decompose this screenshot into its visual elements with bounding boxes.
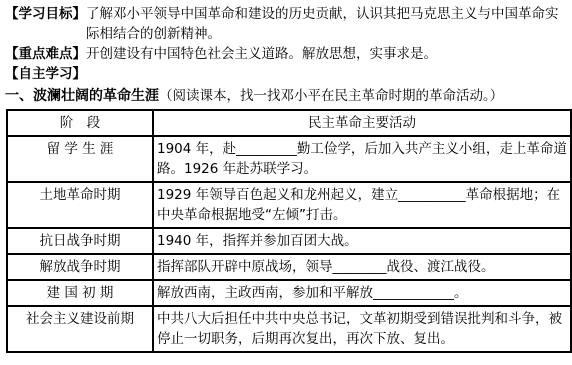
activity-column-header: 民主革命主要活动 (153, 110, 571, 136)
table-row: 建 国 初 期 解放西南，主政西南，参加和平解放____________。 (7, 280, 571, 306)
table-row: 社会主义建设前期 中共八大后担任中共中央总书记，文革初期受到错误批判和斗争，被停… (7, 306, 571, 352)
table-row: 土地革命时期 1929 年领导百色起义和龙州起义，建立__________革命根… (7, 182, 571, 228)
stage-cell: 抗日战争时期 (7, 228, 153, 254)
self-study-line: 【自主学习】 (5, 64, 570, 84)
stage-cell: 土地革命时期 (7, 182, 153, 228)
stage-cell: 解放战争时期 (7, 254, 153, 280)
table-row: 解放战争时期 指挥部队开辟中原战场，领导________战役、渡江战役。 (7, 254, 571, 280)
section-one-line: 一、波澜壮阔的革命生涯（阅读课本，找一找邓小平在民主革命时期的革命活动。） (5, 86, 570, 106)
activity-cell: 解放西南，主政西南，参加和平解放____________。 (153, 280, 571, 306)
key-points-line: 【重点难点】 开创建设有中国特色社会主义道路。解放思想，实事求是。 (5, 44, 570, 64)
activity-cell: 指挥部队开辟中原战场，领导________战役、渡江战役。 (153, 254, 571, 280)
stage-cell: 建 国 初 期 (7, 280, 153, 306)
learning-objectives-label: 【学习目标】 (5, 4, 86, 24)
activity-cell: 1904 年，赴_________勤工俭学，后加入共产主义小组，走上革命道路。1… (153, 136, 571, 182)
stage-cell: 社会主义建设前期 (7, 306, 153, 352)
table-header-row: 阶 段 民主革命主要活动 (7, 110, 571, 136)
learning-objectives-text: 了解邓小平领导中国革命和建设的历史贡献，认识其把马克思主义与中国革命实际相结合的… (86, 4, 570, 44)
activity-cell: 1940 年，指挥并参加百团大战。 (153, 228, 571, 254)
self-study-label: 【自主学习】 (5, 64, 86, 84)
key-points-text: 开创建设有中国特色社会主义道路。解放思想，实事求是。 (86, 44, 570, 64)
table-row: 留 学 生 涯 1904 年，赴_________勤工俭学，后加入共产主义小组，… (7, 136, 571, 182)
stage-column-header: 阶 段 (7, 110, 153, 136)
worksheet-page: 【学习目标】 了解邓小平领导中国革命和建设的历史贡献，认识其把马克思主义与中国革… (0, 0, 572, 353)
section-one-heading: 一、波澜壮阔的革命生涯 (5, 88, 159, 104)
stage-cell: 留 学 生 涯 (7, 136, 153, 182)
revolution-career-table: 阶 段 民主革命主要活动 留 学 生 涯 1904 年，赴_________勤工… (6, 109, 572, 353)
table-row: 抗日战争时期 1940 年，指挥并参加百团大战。 (7, 228, 571, 254)
activity-cell: 中共八大后担任中共中央总书记，文革初期受到错误批判和斗争，被停止一切职务，后期再… (153, 306, 571, 352)
key-points-label: 【重点难点】 (5, 44, 86, 64)
section-one-note: （阅读课本，找一找邓小平在民主革命时期的革命活动。） (159, 88, 503, 104)
learning-objectives-line: 【学习目标】 了解邓小平领导中国革命和建设的历史贡献，认识其把马克思主义与中国革… (5, 4, 570, 44)
activity-cell: 1929 年领导百色起义和龙州起义，建立__________革命根据地；在中央革… (153, 182, 571, 228)
